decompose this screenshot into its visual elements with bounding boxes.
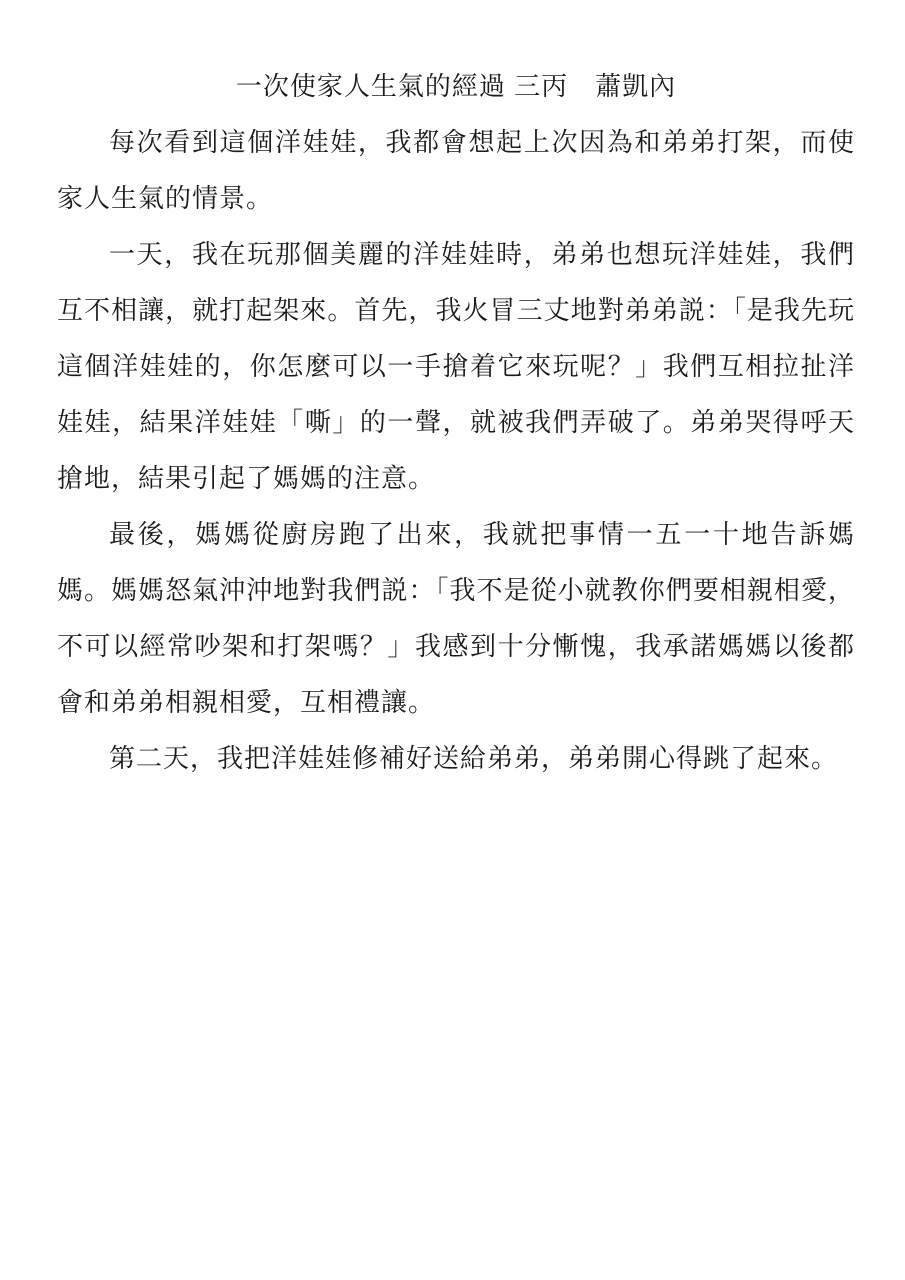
essay-paragraph-intro: 每次看到這個洋娃娃，我都會想起上次因為和弟弟打架，而使家人生氣的情景。 [57, 114, 855, 226]
essay-paragraph-ending: 第二天，我把洋娃娃修補好送給弟弟，弟弟開心得跳了起來。 [57, 730, 855, 786]
essay-paragraph-fight: 一天，我在玩那個美麗的洋娃娃時，弟弟也想玩洋娃娃，我們互不相讓，就打起架來。首先… [57, 226, 855, 506]
essay-paragraph-mother: 最後，媽媽從廚房跑了出來，我就把事情一五一十地告訴媽媽。媽媽怒氣沖沖地對我們説：… [57, 506, 855, 730]
essay-title: 一次使家人生氣的經過 三丙 蕭凱內 [57, 58, 855, 114]
document-page: 一次使家人生氣的經過 三丙 蕭凱內 每次看到這個洋娃娃，我都會想起上次因為和弟弟… [0, 0, 905, 1280]
